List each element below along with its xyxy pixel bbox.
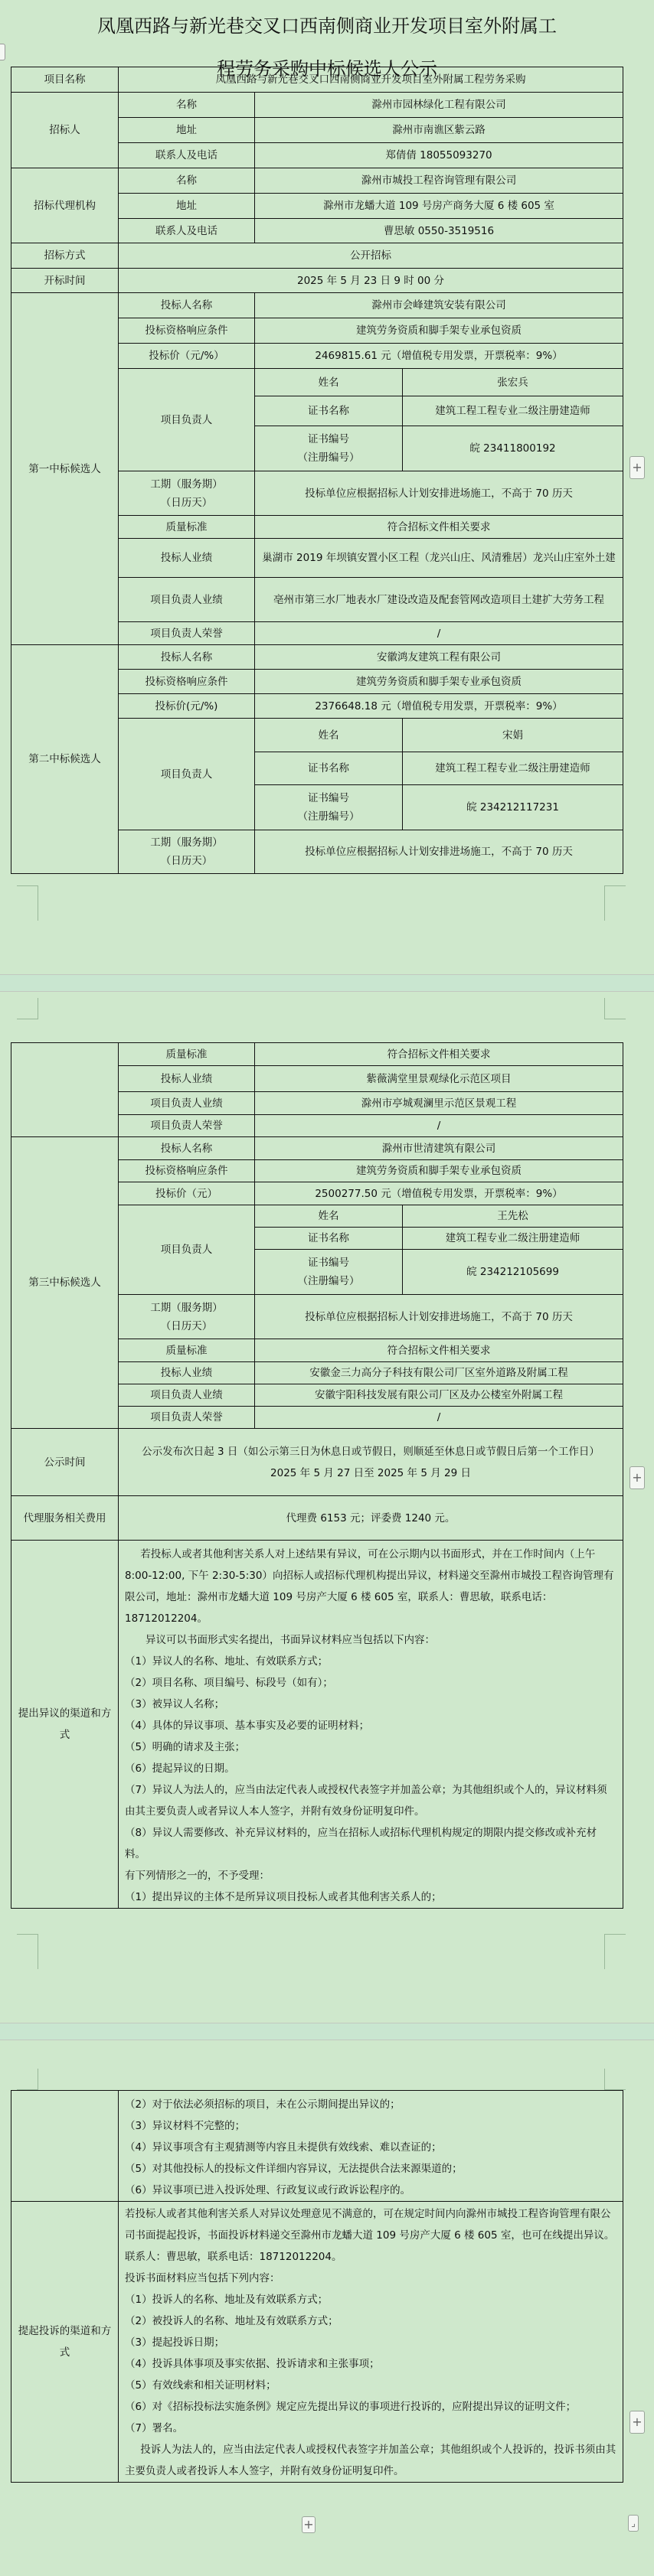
page-corner-mark — [17, 885, 38, 921]
c1-bidder-perf-label: 投标人业绩 — [119, 539, 255, 578]
c3-pm-name: 王先松 — [403, 1205, 623, 1228]
add-row-button[interactable]: + — [629, 2411, 645, 2434]
c1-bidder-perf: 巢湖市 2019 年坝镇安置小区工程（龙兴山庄、风清雅居）龙兴山庄室外土建 — [255, 539, 623, 578]
page-corner-mark — [604, 998, 626, 1019]
agency-address: 滁州市龙蟠大道 109 号房产商务大厦 6 楼 605 室 — [255, 194, 623, 219]
page-corner-mark — [17, 1934, 38, 1969]
agency-name-label: 名称 — [119, 168, 255, 194]
c3-pm-honor-label: 项目负责人荣誉 — [119, 1407, 255, 1429]
announcement-table-p3: （2）对于依法必须招标的项目，未在公示期间提出异议的； （3）异议材料不完整的；… — [11, 2090, 623, 2483]
c2-qualification: 建筑劳务资质和脚手架专业承包资质 — [255, 670, 623, 694]
c1-quality: 符合招标文件相关要求 — [255, 516, 623, 539]
opening-value: 2025 年 5 月 23 日 9 时 00 分 — [119, 269, 623, 293]
objection-reject-item: （2）对于依法必须招标的项目，未在公示期间提出异议的； — [125, 2094, 616, 2115]
c3-bidder-name-label: 投标人名称 — [119, 1137, 255, 1160]
candidate-3-label: 第三中标候选人 — [11, 1137, 119, 1429]
add-row-below-button[interactable]: + — [302, 2516, 316, 2533]
c3-cert-name-label: 证书名称 — [255, 1228, 403, 1250]
c1-cert-no-label: 证书编号（注册编号） — [255, 426, 403, 471]
agency-contact-label: 联系人及电话 — [119, 219, 255, 243]
method-label: 招标方式 — [11, 243, 119, 269]
c2-quality: 符合招标文件相关要求 — [255, 1043, 623, 1066]
objection-reject-item: （1）提出异议的主体不是所异议项目投标人或者其他利害关系人的； — [125, 1886, 616, 1908]
c2-cert-no: 皖 234212117231 — [403, 785, 623, 830]
complaint-content-intro: 投诉书面材料应当包括下列内容： — [125, 2268, 616, 2289]
objection-content: 若投标人或者其他利害关系人对上述结果有异议，可在公示期内以书面形式，并在工作时间… — [119, 1541, 623, 1909]
page-2: 质量标准 符合招标文件相关要求 投标人业绩 紫薇满堂里景观绿化示范区项目 项目负… — [0, 992, 654, 2023]
c2-quality-label: 质量标准 — [119, 1043, 255, 1066]
objection-reject-item: （6）异议事项已进入投诉处理、行政复议或行政诉讼程序的。 — [125, 2180, 616, 2201]
c3-bidder-perf: 安徽金三力高分子科技有限公司厂区室外道路及附属工程 — [255, 1362, 623, 1384]
c2-cert-name: 建筑工程工程专业二级注册建造师 — [403, 752, 623, 785]
c2-pm-perf-label: 项目负责人业绩 — [119, 1092, 255, 1115]
c3-qualification-label: 投标资格响应条件 — [119, 1160, 255, 1182]
c2-price: 2376648.18 元（增值税专用发票，开票税率：9%） — [255, 694, 623, 719]
c1-bidder-name-label: 投标人名称 — [119, 293, 255, 318]
page-corner-mark — [604, 885, 626, 921]
c1-quality-label: 质量标准 — [119, 516, 255, 539]
c1-period-label: 工期（服务期）（日历天） — [119, 471, 255, 516]
objection-item: （3）被异议人名称； — [125, 1694, 616, 1715]
c3-bidder-name: 滁州市世清建筑有限公司 — [255, 1137, 623, 1160]
c3-period-label: 工期（服务期）（日历天） — [119, 1295, 255, 1339]
c3-cert-name: 建筑工程专业二级注册建造师 — [403, 1228, 623, 1250]
objection-reject-item: （4）异议事项含有主观猜测等内容且未提供有效线索、难以查证的； — [125, 2137, 616, 2158]
c2-qualification-label: 投标资格响应条件 — [119, 670, 255, 694]
fees-label: 代理服务相关费用 — [11, 1496, 119, 1541]
objection-item: （4）具体的异议事项、基本事实及必要的证明材料； — [125, 1715, 616, 1736]
agency-address-label: 地址 — [119, 194, 255, 219]
objection-item: （7）异议人为法人的，应当由法定代表人或授权代表签字并加盖公章；为其他组织或个人… — [125, 1779, 616, 1822]
c1-pm-perf-label: 项目负责人业绩 — [119, 578, 255, 622]
c1-cert-no: 皖 23411800192 — [403, 426, 623, 471]
objection-reject-intro: 有下列情形之一的，不予受理： — [125, 1865, 616, 1886]
publicity-rule: 公示发布次日起 3 日（如公示第三日为休息日或节假日，则顺延至休息日或节假日后第… — [122, 1441, 620, 1462]
complaint-item: （7）署名。 — [125, 2418, 616, 2439]
c2-pm-label: 项目负责人 — [119, 719, 255, 830]
c2-period-label: 工期（服务期）（日历天） — [119, 830, 255, 874]
complaint-content: 若投标人或者其他利害关系人对异议处理意见不满意的，可在规定时间内向滁州市城投工程… — [119, 2202, 623, 2483]
agency-label: 招标代理机构 — [11, 168, 119, 243]
project-name-label: 项目名称 — [11, 67, 119, 93]
page-3: （2）对于依法必须招标的项目，未在公示期间提出异议的； （3）异议材料不完整的；… — [0, 2040, 654, 2576]
c3-qualification: 建筑劳务资质和脚手架专业承包资质 — [255, 1160, 623, 1182]
c1-price-label: 投标价（元/%） — [119, 344, 255, 369]
complaint-item: （4）投诉具体事项及事实依据、投诉请求和主张事项； — [125, 2353, 616, 2375]
tenderer-address-label: 地址 — [119, 118, 255, 143]
tenderer-contact: 郑倩倩 18055093270 — [255, 143, 623, 168]
c2-pm-honor-label: 项目负责人荣誉 — [119, 1115, 255, 1137]
complaint-intro: 若投标人或者其他利害关系人对异议处理意见不满意的，可在规定时间内向滁州市城投工程… — [125, 2203, 616, 2268]
objection-label-continued — [11, 2091, 119, 2202]
page-corner-mark — [604, 2069, 626, 2090]
add-row-button[interactable]: + — [629, 456, 645, 479]
announcement-table-p2: 质量标准 符合招标文件相关要求 投标人业绩 紫薇满堂里景观绿化示范区项目 项目负… — [11, 1042, 623, 1909]
c2-cert-no-label: 证书编号（注册编号） — [255, 785, 403, 830]
objection-item: （6）提起异议的日期。 — [125, 1758, 616, 1779]
c1-pm-name: 张宏兵 — [403, 369, 623, 396]
c3-pm-honor: / — [255, 1407, 623, 1429]
c2-pm-name-label: 姓名 — [255, 719, 403, 752]
complaint-item: （5）有效线索和相关证明材料； — [125, 2375, 616, 2396]
c1-period: 投标单位应根据招标人计划安排进场施工，不高于 70 历天 — [255, 471, 623, 516]
c1-pm-perf: 亳州市第三水厂地表水厂建设改造及配套管网改造项目土建扩大劳务工程 — [255, 578, 623, 622]
c1-cert-name: 建筑工程工程专业二级注册建造师 — [403, 396, 623, 426]
c2-pm-perf: 滁州市亭城观澜里示范区景观工程 — [255, 1092, 623, 1115]
opening-label: 开标时间 — [11, 269, 119, 293]
c1-pm-honor: / — [255, 622, 623, 645]
tenderer-name: 滁州市园林绿化工程有限公司 — [255, 93, 623, 118]
fees-value: 代理费 6153 元；评委费 1240 元。 — [119, 1496, 623, 1541]
c1-qualification: 建筑劳务资质和脚手架专业承包资质 — [255, 318, 623, 344]
c3-pm-perf-label: 项目负责人业绩 — [119, 1384, 255, 1407]
c3-period: 投标单位应根据招标人计划安排进场施工，不高于 70 历天 — [255, 1295, 623, 1339]
c3-price-label: 投标价（元） — [119, 1182, 255, 1205]
complaint-item: （3）提起投诉日期； — [125, 2332, 616, 2353]
c2-price-label: 投标价(元/%) — [119, 694, 255, 719]
c2-pm-name: 宋娟 — [403, 719, 623, 752]
page-separator — [0, 974, 654, 992]
page-corner-mark — [604, 1934, 626, 1969]
publicity-value: 公示发布次日起 3 日（如公示第三日为休息日或节假日，则顺延至休息日或节假日后第… — [119, 1429, 623, 1496]
publicity-dates: 2025 年 5 月 27 日至 2025 年 5 月 29 日 — [122, 1462, 620, 1484]
c3-quality: 符合招标文件相关要求 — [255, 1339, 623, 1362]
objection-reject-item: （3）异议材料不完整的； — [125, 2115, 616, 2137]
complaint-label: 提起投诉的渠道和方式 — [11, 2202, 119, 2483]
complaint-closing: 投诉人为法人的，应当由法定代表人或授权代表签字并加盖公章；其他组织或个人投诉的，… — [125, 2439, 616, 2482]
c1-pm-label: 项目负责人 — [119, 369, 255, 471]
page-corner-mark — [17, 2069, 38, 2090]
tenderer-label: 招标人 — [11, 93, 119, 168]
page-corner-mark — [17, 998, 38, 1019]
c1-qualification-label: 投标资格响应条件 — [119, 318, 255, 344]
c2-cert-name-label: 证书名称 — [255, 752, 403, 785]
c3-bidder-perf-label: 投标人业绩 — [119, 1362, 255, 1384]
c3-pm-perf: 安徽宇阳科技发展有限公司厂区及办公楼室外附属工程 — [255, 1384, 623, 1407]
complaint-item: （6）对《招标投标法实施条例》规定应先提出异议的事项进行投诉的，应附提出异议的证… — [125, 2396, 616, 2418]
c3-price: 2500277.50 元（增值税专用发票，开票税率：9%） — [255, 1182, 623, 1205]
objection-intro: 若投标人或者其他利害关系人对上述结果有异议，可在公示期内以书面形式，并在工作时间… — [125, 1544, 616, 1629]
c2-period: 投标单位应根据招标人计划安排进场施工，不高于 70 历天 — [255, 830, 623, 874]
complaint-item: （2）被投诉人的名称、地址及有效联系方式； — [125, 2310, 616, 2332]
page-separator — [0, 2023, 654, 2040]
complaint-item: （1）投诉人的名称、地址及有效联系方式； — [125, 2289, 616, 2310]
add-row-button[interactable]: + — [629, 1466, 645, 1489]
objection-reject-item: （5）对其他投标人的投标文件详细内容异议，无法提供合法来源渠道的； — [125, 2158, 616, 2180]
candidate-2-continued — [11, 1043, 119, 1137]
announcement-table-p1: 项目名称 凤凰西路与新光巷交叉口西南侧商业开发项目室外附属工程劳务采购 招标人 … — [11, 67, 623, 874]
objection-item: （8）异议人需要修改、补充异议材料的，应当在招标人或招标代理机构规定的期限内提交… — [125, 1822, 616, 1865]
tenderer-address: 滁州市南谯区紫云路 — [255, 118, 623, 143]
c2-bidder-name: 安徽鸿友建筑工程有限公司 — [255, 645, 623, 670]
c1-pm-name-label: 姓名 — [255, 369, 403, 396]
candidate-2-label: 第二中标候选人 — [11, 645, 119, 874]
page-1: 凤凰西路与新光巷交叉口西南侧商业开发项目室外附属工 程劳务采购中标候选人公示 项… — [0, 0, 654, 974]
method-value: 公开招标 — [119, 243, 623, 269]
title-line-1: 凤凰西路与新光巷交叉口西南侧商业开发项目室外附属工 — [0, 12, 654, 40]
tenderer-name-label: 名称 — [119, 93, 255, 118]
c1-cert-name-label: 证书名称 — [255, 396, 403, 426]
objection-item: （5）明确的请求及主张； — [125, 1736, 616, 1758]
c3-cert-no: 皖 234212105699 — [403, 1250, 623, 1295]
c3-cert-no-label: 证书编号（注册编号） — [255, 1250, 403, 1295]
c2-bidder-perf: 紫薇满堂里景观绿化示范区项目 — [255, 1066, 623, 1092]
objection-content-intro: 异议可以书面形式实名提出，书面异议材料应当包括以下内容： — [125, 1629, 616, 1651]
c1-price: 2469815.61 元（增值税专用发票，开票税率：9%） — [255, 344, 623, 369]
agency-contact: 曹思敏 0550-3519516 — [255, 219, 623, 243]
objection-label: 提出异议的渠道和方式 — [11, 1541, 119, 1909]
objection-content-continued: （2）对于依法必须招标的项目，未在公示期间提出异议的； （3）异议材料不完整的；… — [119, 2091, 623, 2202]
c3-pm-label: 项目负责人 — [119, 1205, 255, 1295]
project-name-value: 凤凰西路与新光巷交叉口西南侧商业开发项目室外附属工程劳务采购 — [119, 67, 623, 93]
c1-bidder-name: 滁州市会峰建筑安装有限公司 — [255, 293, 623, 318]
publicity-label: 公示时间 — [11, 1429, 119, 1496]
c1-pm-honor-label: 项目负责人荣誉 — [119, 622, 255, 645]
c2-pm-honor: / — [255, 1115, 623, 1137]
c3-pm-name-label: 姓名 — [255, 1205, 403, 1228]
table-resize-handle[interactable]: ⌟ — [628, 2515, 639, 2532]
candidate-1-label: 第一中标候选人 — [11, 293, 119, 645]
c3-quality-label: 质量标准 — [119, 1339, 255, 1362]
objection-item: （2）项目名称、项目编号、标段号（如有）； — [125, 1672, 616, 1694]
c2-bidder-name-label: 投标人名称 — [119, 645, 255, 670]
agency-name: 滁州市城投工程咨询管理有限公司 — [255, 168, 623, 194]
c2-bidder-perf-label: 投标人业绩 — [119, 1066, 255, 1092]
tenderer-contact-label: 联系人及电话 — [119, 143, 255, 168]
objection-item: （1）异议人的名称、地址、有效联系方式； — [125, 1651, 616, 1672]
